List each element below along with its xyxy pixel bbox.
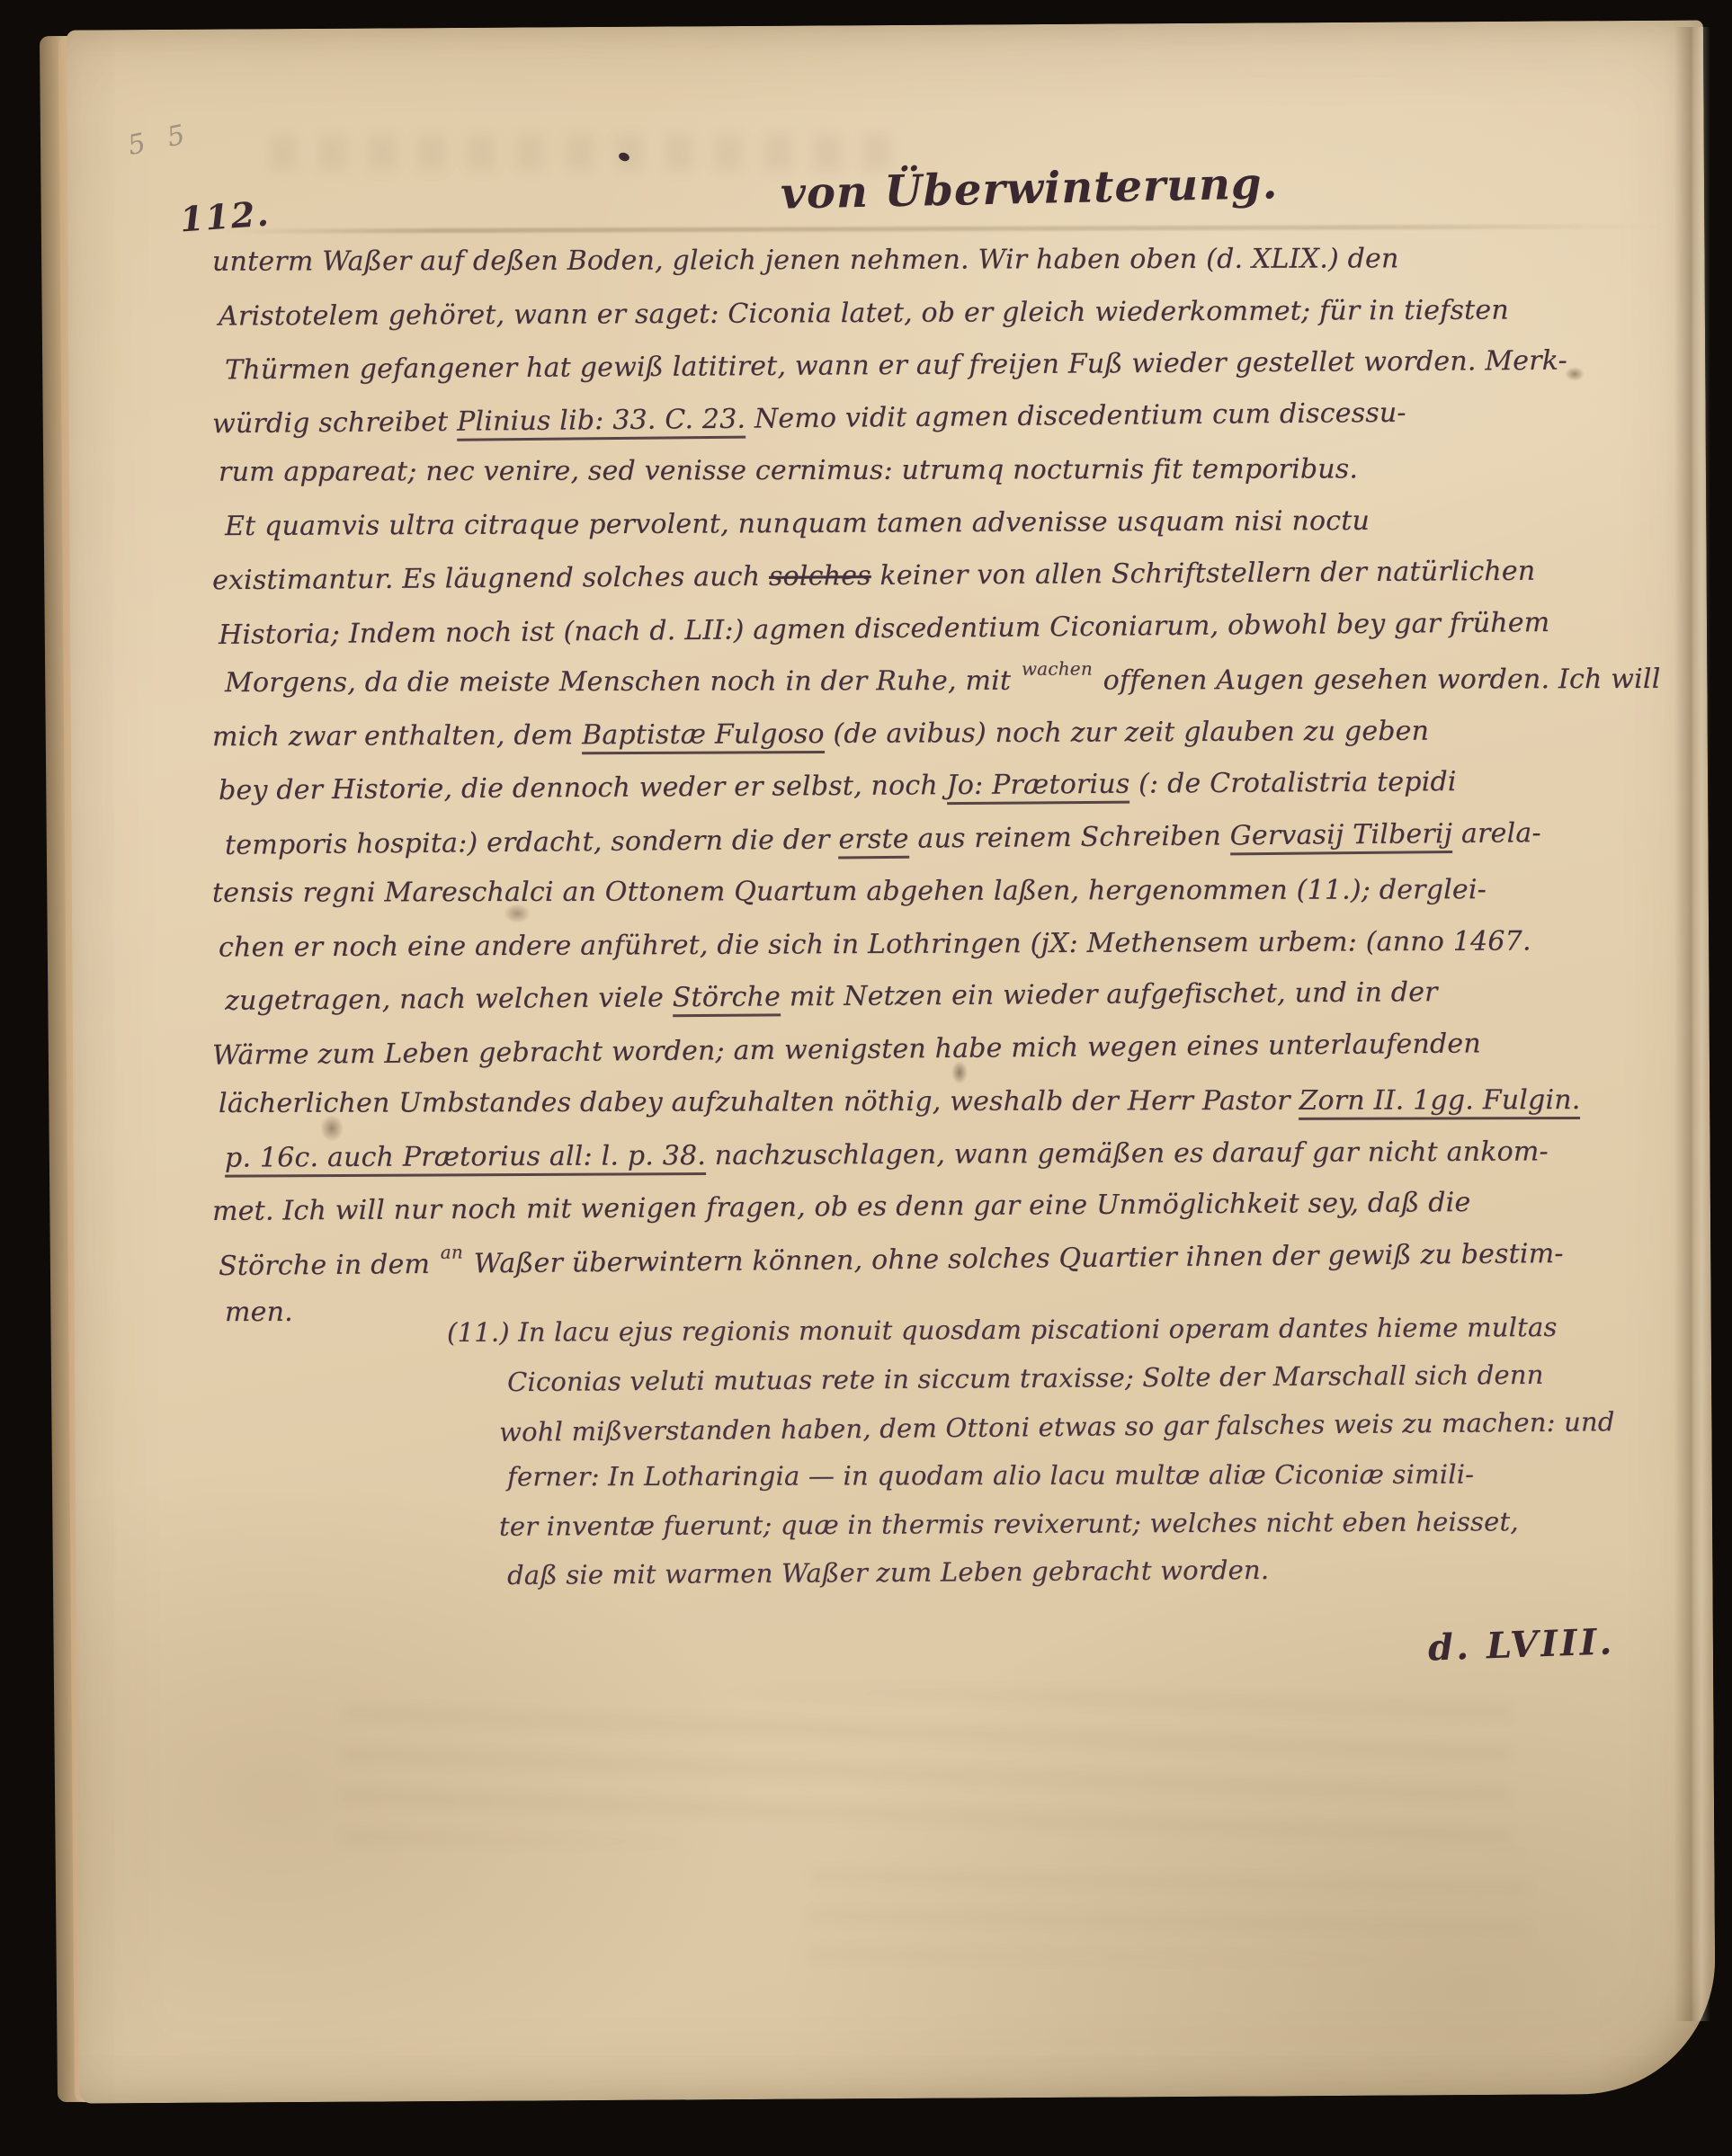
- handwritten-text: zugetragen, nach welchen viele: [225, 982, 673, 1017]
- manuscript-line: met. Ich will nur noch mit wenigen frage…: [212, 1187, 1471, 1227]
- manuscript-line: Störche in dem an Waßer überwintern könn…: [219, 1237, 1564, 1281]
- handwritten-text: unterm Waßer auf deßen Boden, gleich jen…: [212, 243, 1399, 277]
- handwritten-text: daß sie mit warmen Waßer zum Leben gebra…: [507, 1555, 1269, 1590]
- underlined-citation: p. 16c. auch Prætorius all: l. p. 38.: [225, 1139, 706, 1177]
- underlined-citation: Baptistæ Fulgoso: [582, 717, 825, 753]
- manuscript-line: Wärme zum Leben gebracht worden; am weni…: [212, 1028, 1481, 1071]
- manuscript-line: existimantur. Es läugnend solches auch s…: [212, 556, 1536, 597]
- manuscript-line: zugetragen, nach welchen viele Störche m…: [225, 976, 1438, 1017]
- handwritten-text: ferner: In Lotharingia — in quodam alio …: [507, 1459, 1474, 1492]
- handwritten-text: Wärme zum Leben gebracht worden; am weni…: [212, 1028, 1481, 1071]
- manuscript-line: chen er noch eine andere anführet, die s…: [219, 925, 1531, 963]
- handwritten-text: solches: [769, 560, 871, 592]
- interlinear-insertion: wachen: [1022, 658, 1093, 680]
- underlined-citation: Zorn II. 1gg. Fulgin.: [1299, 1084, 1580, 1120]
- underlined-citation: Störche: [673, 981, 781, 1017]
- handwritten-text: existimantur. Es läugnend solches auch: [212, 561, 769, 596]
- manuscript-line: unterm Waßer auf deßen Boden, gleich jen…: [212, 243, 1399, 277]
- handwritten-text: men.: [225, 1296, 293, 1328]
- manuscript-line: ter inventæ fuerunt; quæ in thermis revi…: [499, 1506, 1519, 1542]
- handwritten-text: (: de Crotalistria tepidi: [1129, 766, 1457, 800]
- manuscript-line: men.: [225, 1296, 293, 1328]
- handwritten-text: (de avibus) noch zur zeit glauben zu geb…: [825, 715, 1430, 749]
- manuscript-line: daß sie mit warmen Waßer zum Leben gebra…: [507, 1555, 1269, 1590]
- handwritten-text: tensis regni Mareschalci an Ottonem Quar…: [212, 874, 1486, 909]
- manuscript-line: würdig schreibet Plinius lib: 33. C. 23.…: [212, 396, 1406, 440]
- handwritten-text: bey der Historie, die dennoch weder er s…: [219, 770, 947, 806]
- handwritten-text: offenen Augen gesehen worden. Ich will: [1094, 664, 1661, 697]
- handwritten-text: würdig schreibet: [212, 405, 457, 440]
- underlined-citation: Jo: Prætorius: [946, 769, 1129, 805]
- manuscript-line: wohl mißverstanden haben, dem Ottoni etw…: [499, 1406, 1615, 1448]
- interlinear-insertion: an: [441, 1241, 463, 1262]
- handwritten-text: chen er noch eine andere anführet, die s…: [219, 925, 1531, 963]
- handwritten-text: Thürmen gefangener hat gewiß latitiret, …: [225, 345, 1567, 387]
- handwritten-text: mich zwar enthalten, dem: [212, 719, 582, 753]
- handwritten-text: Nemo vidit agmen discedentium cum disces…: [745, 396, 1406, 434]
- handwritten-text: Ciconias veluti mutuas rete in siccum tr…: [507, 1359, 1544, 1397]
- handwritten-text: keiner von allen Schriftstellern der nat…: [871, 556, 1536, 592]
- handwritten-text: lächerlichen Umbstandes dabey aufzuhalte…: [219, 1085, 1299, 1119]
- handwritten-text: nachzuschlagen, wann gemäßen es darauf g…: [706, 1136, 1549, 1172]
- manuscript-line: bey der Historie, die dennoch weder er s…: [219, 766, 1457, 806]
- manuscript-line: Thürmen gefangener hat gewiß latitiret, …: [225, 345, 1567, 387]
- manuscript-line: (11.) In lacu ejus regionis monuit quosd…: [447, 1312, 1558, 1348]
- manuscript-line: tensis regni Mareschalci an Ottonem Quar…: [212, 874, 1486, 909]
- handwritten-text: arela-: [1452, 817, 1541, 850]
- scanned-manuscript-page: { "page": { "number": "112.", "title": "…: [0, 0, 1732, 2156]
- manuscript-line: p. 16c. auch Prætorius all: l. p. 38. na…: [225, 1136, 1549, 1173]
- manuscript-line: rum appareat; nec venire, sed venisse ce…: [219, 453, 1358, 487]
- handwritten-text: (11.) In lacu ejus regionis monuit quosd…: [447, 1312, 1558, 1348]
- handwritten-text: wohl mißverstanden haben, dem Ottoni etw…: [499, 1406, 1615, 1448]
- handwritten-text: aus reinem Schreiben: [909, 820, 1230, 854]
- manuscript-line: Aristotelem gehöret, wann er saget: Cico…: [219, 294, 1509, 332]
- manuscript-line: Ciconias veluti mutuas rete in siccum tr…: [507, 1359, 1544, 1397]
- manuscript-line: Historia; Indem noch ist (nach d. LII:) …: [219, 607, 1550, 651]
- underlined-citation: Plinius lib: 33. C. 23.: [457, 403, 745, 441]
- handwritten-text: Störche in dem: [219, 1248, 439, 1281]
- handwritten-text: met. Ich will nur noch mit wenigen frage…: [212, 1187, 1471, 1227]
- handwritten-text: Aristotelem gehöret, wann er saget: Cico…: [219, 294, 1509, 332]
- manuscript-line: lächerlichen Umbstandes dabey aufzuhalte…: [219, 1084, 1581, 1119]
- section-signature: d. LVIII.: [1427, 1620, 1615, 1669]
- handwritten-text: rum appareat; nec venire, sed venisse ce…: [219, 453, 1358, 487]
- handwritten-text: ter inventæ fuerunt; quæ in thermis revi…: [499, 1506, 1519, 1542]
- manuscript-line: ferner: In Lotharingia — in quodam alio …: [507, 1459, 1474, 1492]
- manuscript-text-block: unterm Waßer auf deßen Boden, gleich jen…: [0, 0, 1732, 2156]
- handwritten-text: Historia; Indem noch ist (nach d. LII:) …: [219, 607, 1550, 651]
- underlined-citation: Gervasij Tilberij: [1230, 818, 1453, 855]
- handwritten-text: Et quamvis ultra citraque pervolent, nun…: [225, 504, 1370, 541]
- manuscript-line: temporis hospita:) erdacht, sondern die …: [225, 817, 1541, 861]
- handwritten-text: Morgens, da die meiste Menschen noch in …: [225, 665, 1020, 699]
- manuscript-line: Et quamvis ultra citraque pervolent, nun…: [225, 504, 1370, 541]
- underlined-citation: erste: [838, 823, 909, 859]
- manuscript-line: Morgens, da die meiste Menschen noch in …: [225, 664, 1661, 699]
- manuscript-line: mich zwar enthalten, dem Baptistæ Fulgos…: [212, 715, 1429, 753]
- handwritten-text: Waßer überwintern können, ohne solches Q…: [465, 1237, 1564, 1279]
- handwritten-text: mit Netzen ein wieder aufgefischet, und …: [781, 976, 1438, 1012]
- handwritten-text: temporis hospita:) erdacht, sondern die …: [225, 824, 839, 860]
